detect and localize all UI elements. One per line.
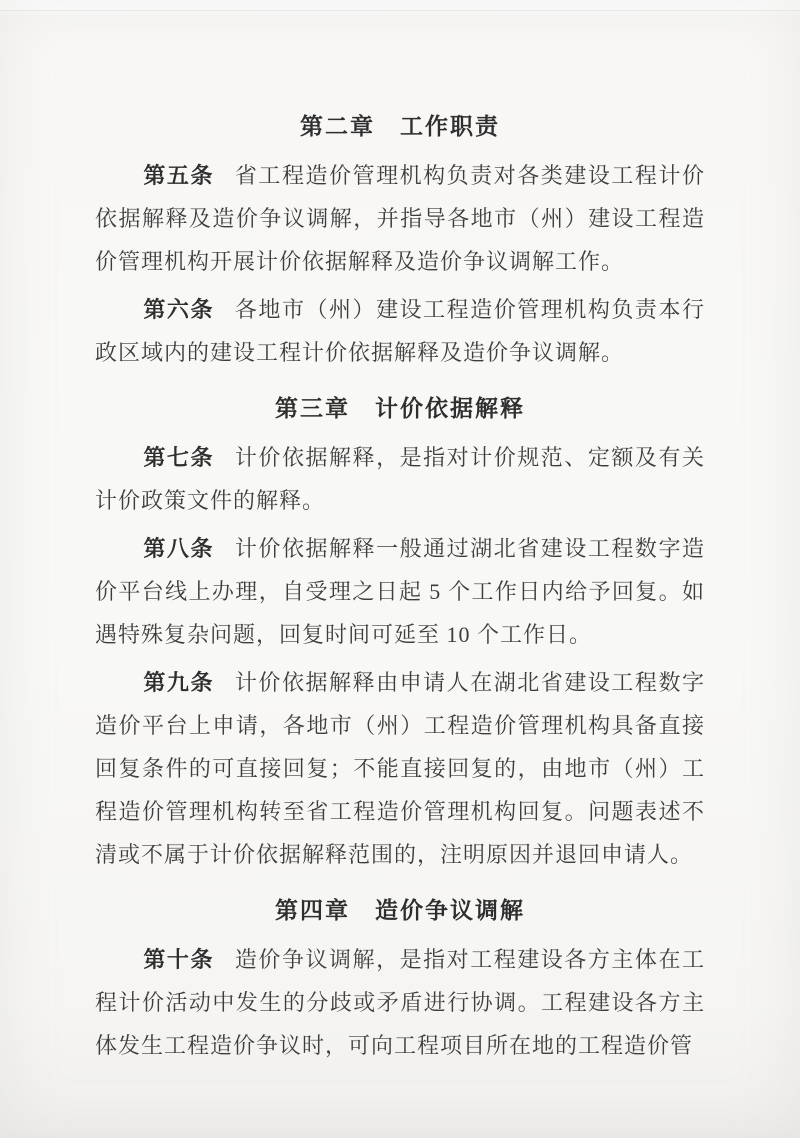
article-number: 第十条 [143, 947, 214, 972]
chapter-section-3: 第三章 计价依据解释 第七条计价依据解释，是指对计价规范、定额及有关计价政策文件… [95, 387, 705, 876]
article-paragraph: 第六条各地市（州）建设工程造价管理机构负责本行政区域内的建设工程计价依据解释及造… [95, 288, 705, 374]
chapter-section-2: 第二章 工作职责 第五条省工程造价管理机构负责对各类建设工程计价依据解释及造价争… [95, 105, 705, 374]
article-number: 第五条 [143, 163, 214, 188]
article-paragraph: 第九条计价依据解释由申请人在湖北省建设工程数字造价平台上申请，各地市（州）工程造… [95, 661, 705, 876]
chapter-section-4: 第四章 造价争议调解 第十条造价争议调解，是指对工程建设各方主体在工程计价活动中… [95, 889, 705, 1067]
scanned-document-page: 第二章 工作职责 第五条省工程造价管理机构负责对各类建设工程计价依据解释及造价争… [0, 0, 800, 1138]
article-paragraph: 第七条计价依据解释，是指对计价规范、定额及有关计价政策文件的解释。 [95, 436, 705, 522]
article-number: 第九条 [143, 670, 214, 695]
article-number: 第八条 [143, 536, 214, 561]
article-paragraph: 第十条造价争议调解，是指对工程建设各方主体在工程计价活动中发生的分歧或矛盾进行协… [95, 938, 705, 1067]
article-number: 第七条 [143, 445, 214, 470]
document-content: 第二章 工作职责 第五条省工程造价管理机构负责对各类建设工程计价依据解释及造价争… [0, 0, 800, 1067]
article-paragraph: 第五条省工程造价管理机构负责对各类建设工程计价依据解释及造价争议调解，并指导各地… [95, 154, 705, 283]
article-text: 计价依据解释由申请人在湖北省建设工程数字造价平台上申请，各地市（州）工程造价管理… [95, 670, 705, 867]
article-paragraph: 第八条计价依据解释一般通过湖北省建设工程数字造价平台线上办理，自受理之日起 5 … [95, 527, 705, 656]
article-number: 第六条 [143, 297, 214, 322]
chapter-heading: 第四章 造价争议调解 [95, 889, 705, 932]
chapter-heading: 第三章 计价依据解释 [95, 387, 705, 430]
chapter-heading: 第二章 工作职责 [95, 105, 705, 148]
